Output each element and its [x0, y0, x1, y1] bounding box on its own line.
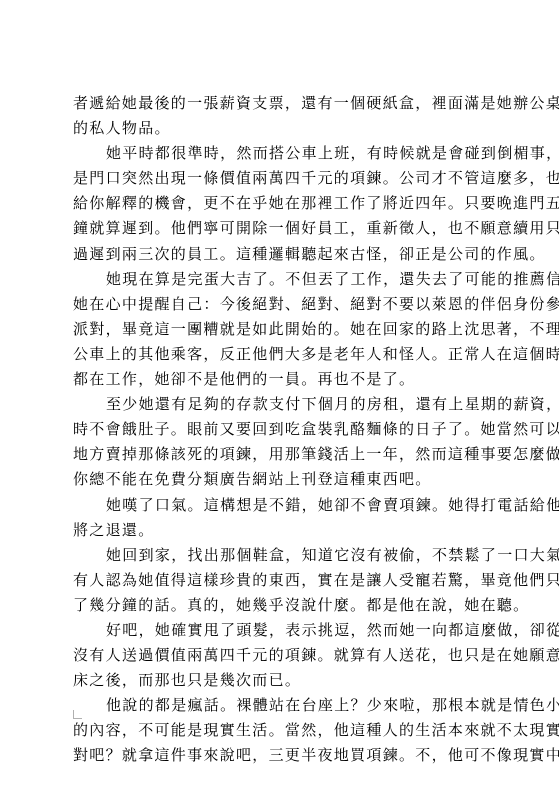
text-line: 有人認為她值得這樣珍貴的東西，實在是讓人受寵若驚，畢竟他們只講 [73, 568, 489, 593]
text-line: 地方賣掉那條該死的項鍊，用那筆錢活上一年，然而這種事要怎麼做？ [73, 442, 489, 467]
text-line: 派對，畢竟這一團糟就是如此開始的。她在回家的路上沈思著，不理睬 [73, 317, 489, 342]
text-line: 她嘆了口氣。這構想是不錯，她卻不會賣項鍊。她得打電話給他， [73, 493, 489, 518]
text-line: 是門口突然出現一條價值兩萬四千元的項鍊。公司才不管這麼多，也不 [73, 166, 489, 191]
text-line: 至少她還有足夠的存款支付下個月的房租，還有上星期的薪資，暫 [73, 392, 489, 417]
text-line: 她現在算是完蛋大吉了。不但丟了工作，還失去了可能的推薦信。 [73, 267, 489, 292]
text-line: 公車上的其他乘客，反正他們大多是老年人和怪人。正常人在這個時間 [73, 342, 489, 367]
text-line: 的內容，不可能是現實生活。當然，他這種人的生活本來就不太現實， [73, 718, 489, 743]
text-line: 者遞給她最後的一張薪資支票，還有一個硬紙盒，裡面滿是她辦公桌上 [73, 91, 489, 116]
document-page: 者遞給她最後的一張薪資支票，還有一個硬紙盒，裡面滿是她辦公桌上的私人物品。她平時… [0, 0, 559, 793]
text-line: 都在工作，她卻不是他們的一員。再也不是了。 [73, 367, 489, 392]
text-line: 鐘就算遲到。他們寧可開除一個好員工，重新徵人，也不願意續用只不 [73, 216, 489, 241]
body-text: 者遞給她最後的一張薪資支票，還有一個硬紙盒，裡面滿是她辦公桌上的私人物品。她平時… [73, 91, 489, 769]
text-line: 你總不能在免費分類廣告網站上刊登這種東西吧。 [73, 467, 489, 492]
text-line: 她平時都很準時，然而搭公車上班，有時候就是會碰到倒楣事，像 [73, 141, 489, 166]
text-line: 她回到家，找出那個鞋盒，知道它沒有被偷，不禁鬆了一口大氣。 [73, 543, 489, 568]
text-line: 給你解釋的機會，更不在乎她在那裡工作了將近四年。只要晚進門五分 [73, 191, 489, 216]
text-line: 時不會餓肚子。眼前又要回到吃盒裝乳酪麵條的日子了。她當然可以找 [73, 417, 489, 442]
text-boundary-corner-mark [73, 710, 82, 719]
text-line: 沒有人送過價值兩萬四千元的項鍊。就算有人送花，也只是在她願意上 [73, 643, 489, 668]
text-line: 過遲到兩三次的員工。這種邏輯聽起來古怪，卻正是公司的作風。 [73, 242, 489, 267]
text-line: 對吧？就拿這件事來說吧，三更半夜地買項鍊。不，他可不像現實中的 [73, 743, 489, 768]
text-line: 好吧，她確實甩了頭髮，表示挑逗，然而她一向都這麼做，卻從來 [73, 618, 489, 643]
text-line: 將之退還。 [73, 518, 489, 543]
text-line: 床之後，而那也只是幾次而已。 [73, 668, 489, 693]
text-line: 的私人物品。 [73, 116, 489, 141]
text-line: 了幾分鐘的話。真的，她幾乎沒說什麼。都是他在說，她在聽。 [73, 593, 489, 618]
text-line: 她在心中提醒自己：今後絕對、絕對、絕對不要以萊恩的伴侶身份參加 [73, 292, 489, 317]
text-line: 他說的都是瘋話。裸體站在台座上？少來啦，那根本就是情色小說 [73, 693, 489, 718]
